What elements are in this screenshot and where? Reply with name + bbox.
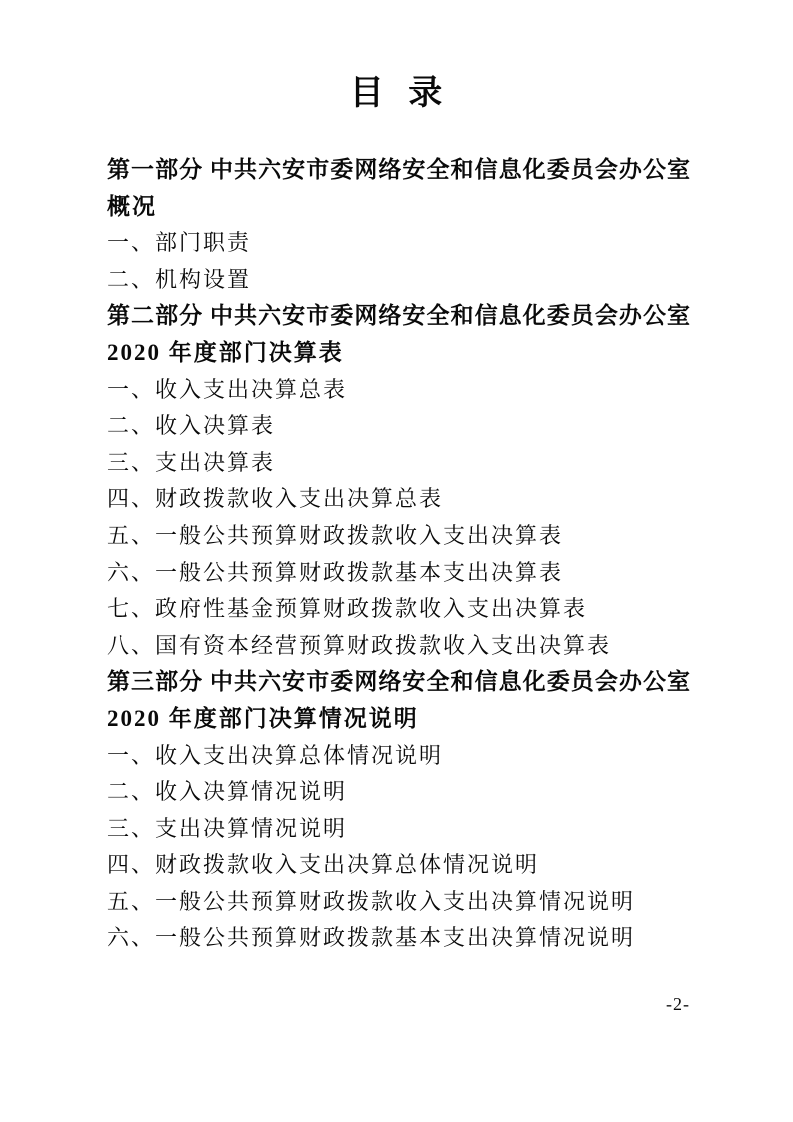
page-title: 目 录 — [0, 76, 793, 112]
toc-item: 七、政府性基金预算财政拨款收入支出决算表 — [107, 591, 690, 628]
toc-section-heading-line: 第一部分 中共六安市委网络安全和信息化委员会办公室 — [107, 152, 690, 189]
toc-item: 一、收入支出决算总体情况说明 — [107, 738, 690, 775]
toc-section-heading-line: 2020 年度部门决算表 — [107, 335, 690, 372]
toc-item: 四、财政拨款收入支出决算总体情况说明 — [107, 847, 690, 884]
toc-section-heading-line: 第二部分 中共六安市委网络安全和信息化委员会办公室 — [107, 298, 690, 335]
toc-item: 二、收入决算表 — [107, 408, 690, 445]
toc-item: 五、一般公共预算财政拨款收入支出决算情况说明 — [107, 884, 690, 921]
toc-section-heading-line: 概况 — [107, 189, 690, 226]
page-footer: -2- — [666, 993, 690, 1015]
toc-item: 一、收入支出决算总表 — [107, 372, 690, 409]
toc-item: 二、机构设置 — [107, 262, 690, 299]
toc-item: 四、财政拨款收入支出决算总表 — [107, 481, 690, 518]
toc-item: 五、一般公共预算财政拨款收入支出决算表 — [107, 518, 690, 555]
toc-item: 八、国有资本经营预算财政拨款收入支出决算表 — [107, 628, 690, 665]
toc-item: 三、支出决算情况说明 — [107, 811, 690, 848]
toc-item: 六、一般公共预算财政拨款基本支出决算情况说明 — [107, 920, 690, 957]
toc-item: 二、收入决算情况说明 — [107, 774, 690, 811]
toc-section-heading-line: 2020 年度部门决算情况说明 — [107, 701, 690, 738]
toc-section-heading-line: 第三部分 中共六安市委网络安全和信息化委员会办公室 — [107, 664, 690, 701]
toc-item: 一、部门职责 — [107, 225, 690, 262]
document-page: 目 录 第一部分 中共六安市委网络安全和信息化委员会办公室概况一、部门职责二、机… — [0, 0, 793, 1122]
table-of-contents: 第一部分 中共六安市委网络安全和信息化委员会办公室概况一、部门职责二、机构设置第… — [107, 152, 690, 957]
page-number: -2- — [666, 994, 690, 1014]
toc-item: 六、一般公共预算财政拨款基本支出决算表 — [107, 555, 690, 592]
toc-item: 三、支出决算表 — [107, 445, 690, 482]
